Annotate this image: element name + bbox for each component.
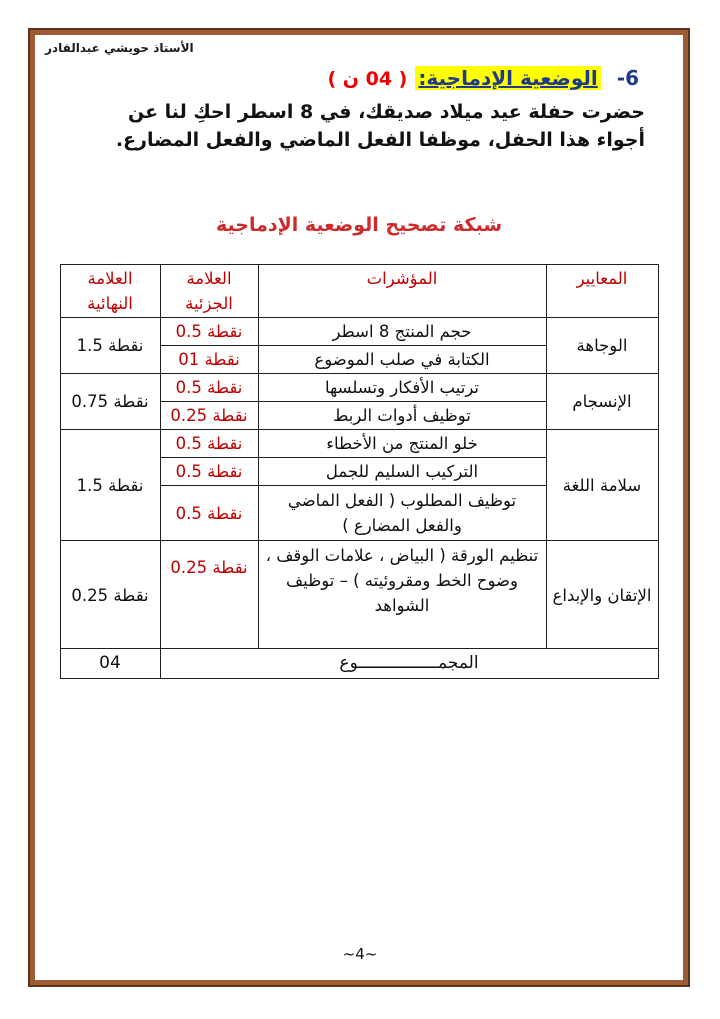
partial-mark-cell: 0.5 نقطة — [160, 430, 258, 458]
col-header-final-mark: العلامة النهائية — [60, 265, 160, 318]
teacher-name: الأستاذ حويشي عبدالقادر — [45, 41, 683, 55]
partial-mark-cell: 0.5 نقطة — [160, 318, 258, 346]
final-mark-cell: 0.75 نقطة — [60, 374, 160, 430]
table-header-row: المعايير المؤشرات العلامة الجزئية العلام… — [60, 265, 658, 318]
indicator-cell: الكتابة في صلب الموضوع — [258, 346, 546, 374]
document-page: الأستاذ حويشي عبدالقادر 6-الوضعية الإدما… — [0, 0, 720, 1019]
total-label-cell: المجمــــــــــــــــوع — [160, 649, 658, 679]
indicator-cell: ترتيب الأفكار وتسلسها — [258, 374, 546, 402]
exercise-points: ( 04 ن ) — [327, 68, 407, 90]
exercise-number: 6- — [617, 66, 639, 90]
criterion-cell: الوجاهة — [546, 318, 658, 374]
criterion-cell: سلامة اللغة — [546, 430, 658, 541]
indicator-cell: خلو المنتج من الأخطاء — [258, 430, 546, 458]
page-border-frame: الأستاذ حويشي عبدالقادر 6-الوضعية الإدما… — [30, 30, 688, 985]
table-row: سلامة اللغة خلو المنتج من الأخطاء 0.5 نق… — [60, 430, 658, 458]
indicator-cell: التركيب السليم للجمل — [258, 458, 546, 486]
final-mark-cell: 1.5 نقطة — [60, 430, 160, 541]
rubric-table: المعايير المؤشرات العلامة الجزئية العلام… — [60, 264, 659, 679]
criterion-cell: الإتقان والإبداع — [546, 541, 658, 649]
indicator-cell: توظيف المطلوب ( الفعل الماضي والفعل المض… — [258, 486, 546, 541]
rubric-title: شبكة تصحيح الوضعية الإدماجية — [35, 214, 683, 236]
indicator-cell: توظيف أدوات الربط — [258, 402, 546, 430]
table-row: الوجاهة حجم المنتج 8 اسطر 0.5 نقطة 1.5 ن… — [60, 318, 658, 346]
total-value-cell: 04 — [60, 649, 160, 679]
page-number: ~4~ — [0, 945, 720, 963]
criterion-cell: الإنسجام — [546, 374, 658, 430]
final-mark-cell: 0.25 نقطة — [60, 541, 160, 649]
final-mark-cell: 1.5 نقطة — [60, 318, 160, 374]
col-header-criteria: المعايير — [546, 265, 658, 318]
col-header-indicators: المؤشرات — [258, 265, 546, 318]
exercise-title: الوضعية الإدماجية: — [415, 66, 600, 90]
table-row: الإتقان والإبداع تنظيم الورقة ( البياض ،… — [60, 541, 658, 649]
indicator-cell: تنظيم الورقة ( البياض ، علامات الوقف ، و… — [258, 541, 546, 649]
partial-mark-cell: 0.5 نقطة — [160, 486, 258, 541]
partial-mark-cell: 0.5 نقطة — [160, 374, 258, 402]
exercise-prompt: حضرت حفلة عيد ميلاد صديقك، في 8 اسطر احك… — [35, 98, 683, 154]
partial-mark-cell: 01 نقطة — [160, 346, 258, 374]
indicator-cell: حجم المنتج 8 اسطر — [258, 318, 546, 346]
partial-mark-cell: 0.25 نقطة — [160, 402, 258, 430]
total-row: المجمــــــــــــــــوع 04 — [60, 649, 658, 679]
partial-mark-cell: 0.25 نقطة — [160, 541, 258, 649]
table-row: الإنسجام ترتيب الأفكار وتسلسها 0.5 نقطة … — [60, 374, 658, 402]
exercise-heading: 6-الوضعية الإدماجية:( 04 ن ) — [35, 55, 683, 94]
col-header-partial-mark: العلامة الجزئية — [160, 265, 258, 318]
partial-mark-cell: 0.5 نقطة — [160, 458, 258, 486]
